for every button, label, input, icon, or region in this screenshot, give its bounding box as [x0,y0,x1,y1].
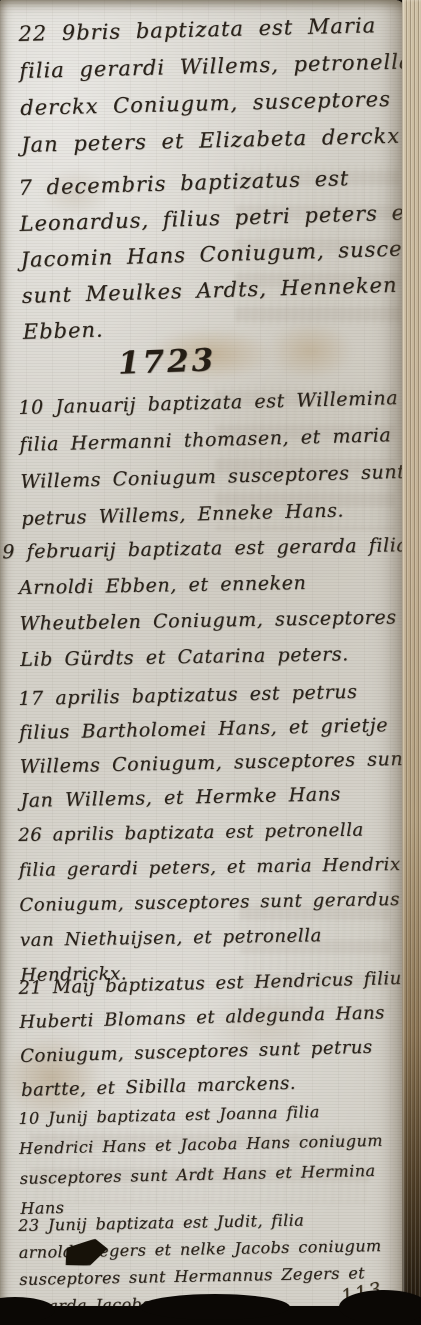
entry-line: 9 februarij baptizata est gerarda filia [2,527,405,570]
baptism-entry: 10 Junij baptizata est Joanna filia Hend… [18,1095,405,1224]
year-heading: 1723 [117,342,216,381]
baptism-entry: 7 decembris baptizatus est Leonardus, fi… [18,158,405,350]
baptism-entry: 17 aprilis baptizatus est petrus filius … [18,674,405,818]
manuscript-page: 22 9bris baptizata est Maria filia gerar… [0,0,405,1318]
baptism-entry: 9 februarij baptizata est gerarda filia … [18,527,405,678]
baptism-entry: 21 Maij baptizatus est Hendricus filius … [18,962,405,1108]
book-fore-edge [402,0,421,1325]
baptism-entry: 10 Januarij baptizata est Willemina fili… [18,380,405,538]
photograph-background: 22 9bris baptizata est Maria filia gerar… [0,0,421,1325]
page-edge-curve [140,1294,290,1320]
entry-line: Coniugum, susceptores sunt gerardus [19,882,405,923]
entry-line: filia gerardi peters, et maria Hendrix [19,847,405,888]
entry-line: Lib Gürdts et Catarina peters. [20,635,405,678]
entry-line: van Niethuijsen, et petronella [20,917,405,958]
baptism-entry: 22 9bris baptizata est Maria filia gerar… [18,6,405,164]
book-bottom-edge [0,1306,421,1325]
entry-line: 26 aprilis baptizata est petronella [18,812,405,853]
page-edge-curve [339,1290,421,1324]
